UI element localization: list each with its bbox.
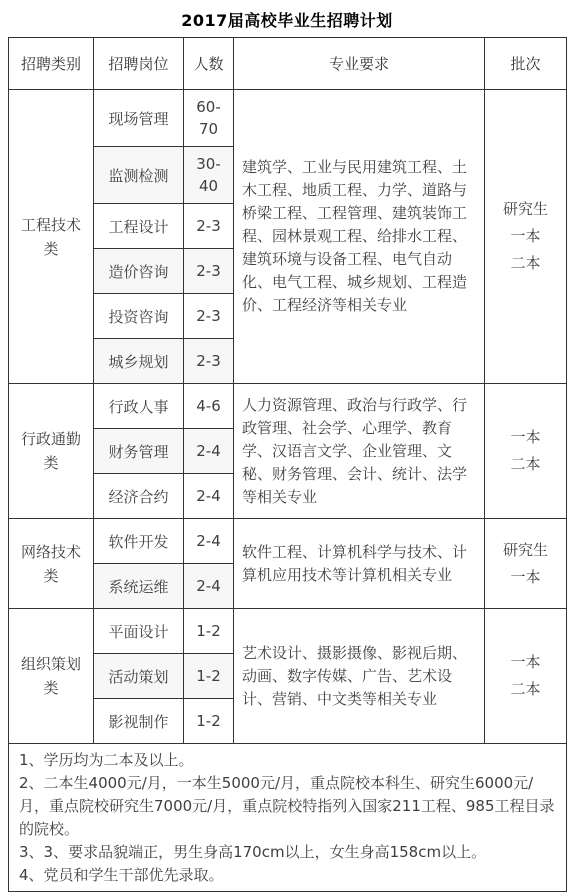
header-category: 招聘类别: [9, 38, 94, 90]
majors-cell-admin: 人力资源管理、政治与行政学、行政管理、社会学、心理学、教育学、汉语言文学、企业管…: [234, 384, 485, 519]
count-cell: 2-4: [184, 474, 234, 519]
category-cell-engineering: 工程技术类: [9, 90, 94, 384]
count-cell: 2-3: [184, 249, 234, 294]
count-cell: 1-2: [184, 699, 234, 744]
position-cell: 经济合约: [94, 474, 184, 519]
position-cell: 软件开发: [94, 519, 184, 564]
batch-cell-admin: 一本 二本: [485, 384, 567, 519]
position-cell: 现场管理: [94, 90, 184, 147]
table-row: 组织策划类 平面设计 1-2 艺术设计、摄影摄像、影视后期、动画、数字传媒、广告…: [9, 609, 567, 654]
category-cell-admin: 行政通勤类: [9, 384, 94, 519]
position-cell: 监测检测: [94, 147, 184, 204]
category-cell-network: 网络技术类: [9, 519, 94, 609]
count-cell: 30-40: [184, 147, 234, 204]
position-cell: 平面设计: [94, 609, 184, 654]
majors-cell-network: 软件工程、计算机科学与技术、计算机应用技术等计算机相关专业: [234, 519, 485, 609]
count-cell: 4-6: [184, 384, 234, 429]
batch-cell-planning: 一本 二本: [485, 609, 567, 744]
position-cell: 系统运维: [94, 564, 184, 609]
batch-cell-network: 研究生 一本: [485, 519, 567, 609]
note-4: 4、党员和学生干部优先录取。: [19, 864, 556, 887]
majors-cell-engineering: 建筑学、工业与民用建筑工程、土木工程、地质工程、力学、道路与桥梁工程、工程管理、…: [234, 90, 485, 384]
position-cell: 活动策划: [94, 654, 184, 699]
count-cell: 1-2: [184, 609, 234, 654]
position-cell: 造价咨询: [94, 249, 184, 294]
page-title: 2017届高校毕业生招聘计划: [8, 8, 566, 31]
position-cell: 行政人事: [94, 384, 184, 429]
header-batch: 批次: [485, 38, 567, 90]
note-2: 2、二本生4000元/月，一本生5000元/月，重点院校本科生、研究生6000元…: [19, 772, 556, 841]
note-1: 1、学历均为二本及以上。: [19, 749, 556, 772]
count-cell: 2-3: [184, 204, 234, 249]
batch-cell-engineering: 研究生 一本 二本: [485, 90, 567, 384]
note-3: 3、3、要求品貌端正，男生身高170cm以上，女生身高158cm以上。: [19, 841, 556, 864]
count-cell: 2-4: [184, 429, 234, 474]
majors-cell-planning: 艺术设计、摄影摄像、影视后期、动画、数字传媒、广告、艺术设计、营销、中文类等相关…: [234, 609, 485, 744]
position-cell: 财务管理: [94, 429, 184, 474]
notes-cell: 1、学历均为二本及以上。 2、二本生4000元/月，一本生5000元/月，重点院…: [9, 744, 567, 892]
count-cell: 1-2: [184, 654, 234, 699]
header-count: 人数: [184, 38, 234, 90]
category-cell-planning: 组织策划类: [9, 609, 94, 744]
header-majors: 专业要求: [234, 38, 485, 90]
count-cell: 2-4: [184, 564, 234, 609]
table-row: 行政通勤类 行政人事 4-6 人力资源管理、政治与行政学、行政管理、社会学、心理…: [9, 384, 567, 429]
count-cell: 2-3: [184, 294, 234, 339]
position-cell: 城乡规划: [94, 339, 184, 384]
table-header-row: 招聘类别 招聘岗位 人数 专业要求 批次: [9, 38, 567, 90]
count-cell: 2-3: [184, 339, 234, 384]
notes-row: 1、学历均为二本及以上。 2、二本生4000元/月，一本生5000元/月，重点院…: [9, 744, 567, 892]
page: 2017届高校毕业生招聘计划 招聘类别 招聘岗位 人数 专业要求 批次 工程技术…: [0, 0, 573, 883]
position-cell: 投资咨询: [94, 294, 184, 339]
table-row: 网络技术类 软件开发 2-4 软件工程、计算机科学与技术、计算机应用技术等计算机…: [9, 519, 567, 564]
header-position: 招聘岗位: [94, 38, 184, 90]
count-cell: 2-4: [184, 519, 234, 564]
table-row: 工程技术类 现场管理 60-70 建筑学、工业与民用建筑工程、土木工程、地质工程…: [9, 90, 567, 147]
count-cell: 60-70: [184, 90, 234, 147]
position-cell: 工程设计: [94, 204, 184, 249]
recruitment-table: 招聘类别 招聘岗位 人数 专业要求 批次 工程技术类 现场管理 60-70 建筑…: [8, 37, 567, 892]
position-cell: 影视制作: [94, 699, 184, 744]
